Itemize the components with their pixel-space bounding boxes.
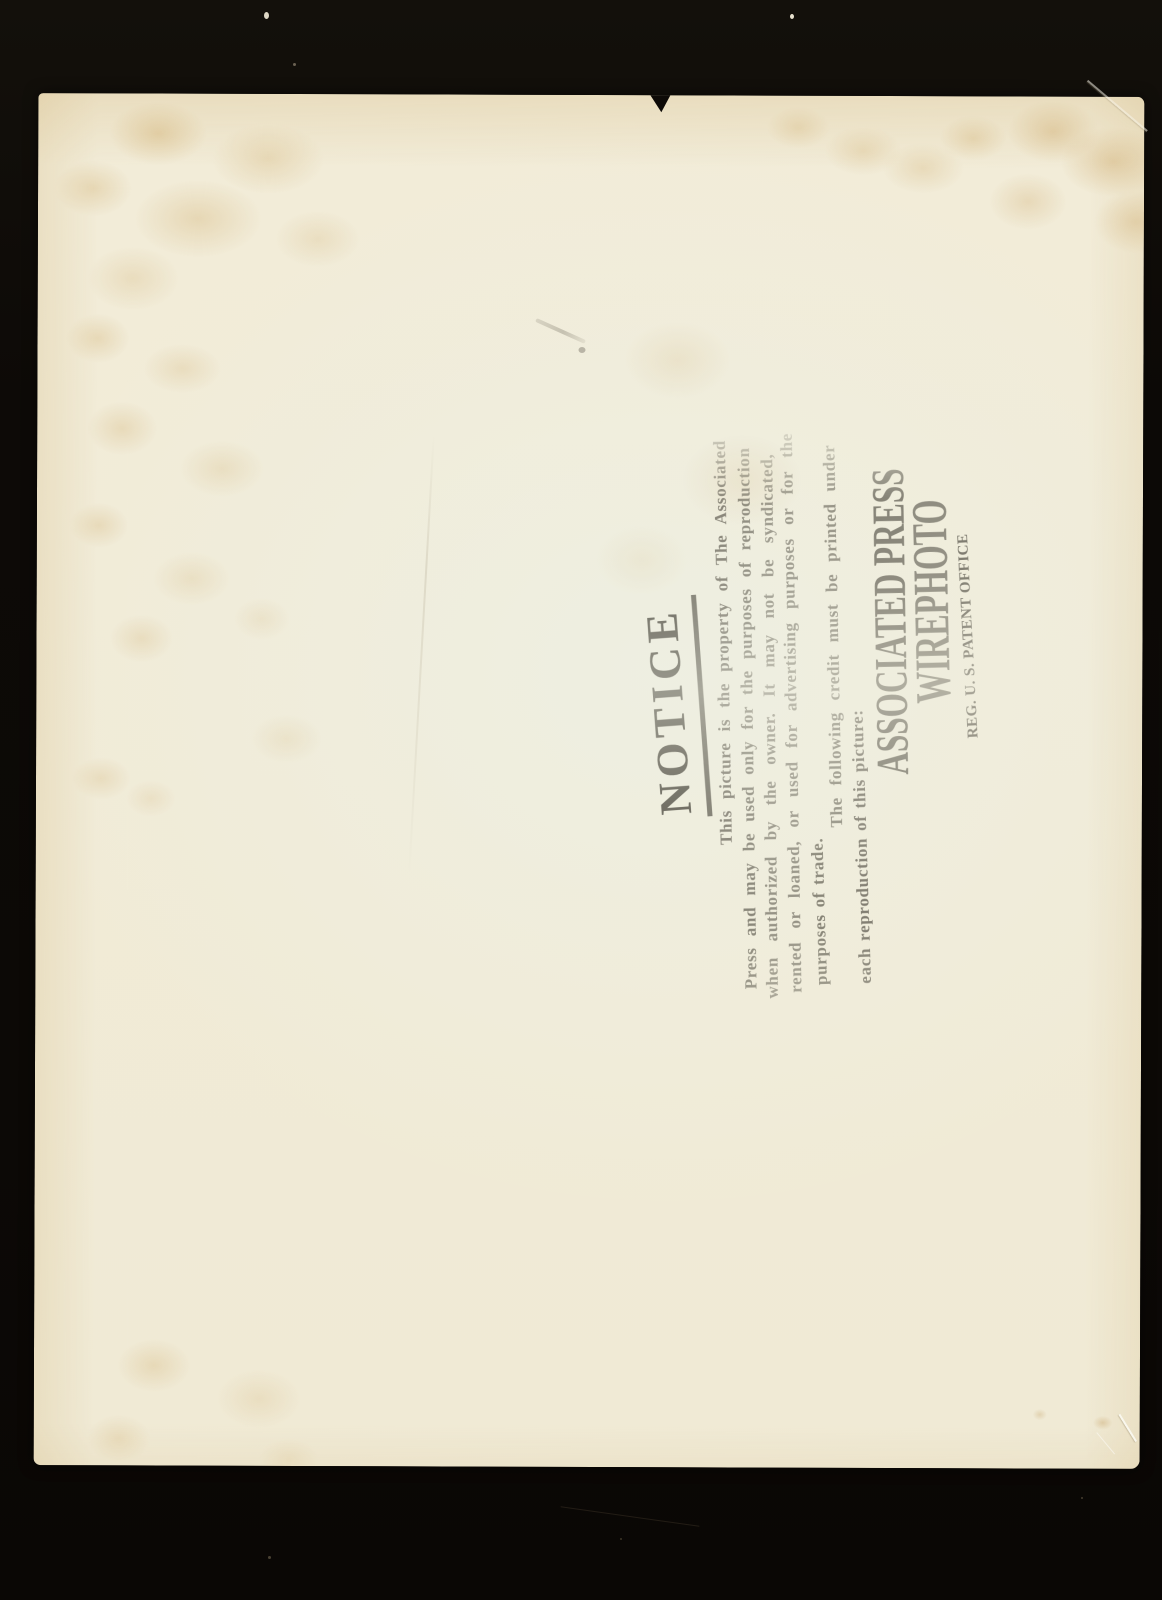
dust-speck xyxy=(620,1538,622,1540)
dust-speck xyxy=(1081,1497,1083,1499)
pencil-smudge xyxy=(578,347,585,353)
dust-speck xyxy=(790,14,794,19)
stamp-body-line: The following credit must be printed und… xyxy=(818,444,848,827)
photo-back-paper: NOTICE This picture is the property of T… xyxy=(34,93,1145,1469)
dust-speck xyxy=(264,12,269,19)
stamp-credit-wirephoto: WIREPHOTO xyxy=(907,428,953,704)
paper-crease xyxy=(1096,1432,1115,1454)
paper-crease xyxy=(1118,1414,1137,1442)
dust-speck xyxy=(293,63,296,66)
dust-speck xyxy=(268,1556,271,1559)
ap-wirephoto-stamp: NOTICE This picture is the property of T… xyxy=(637,427,988,1007)
paper-edge-notch xyxy=(650,95,670,112)
pencil-smudge xyxy=(535,318,586,344)
paper-crease xyxy=(1087,80,1148,132)
stamp-body-line: purposes of trade. xyxy=(807,837,834,985)
paper-crease xyxy=(408,435,435,874)
stamp-notice-heading: NOTICE xyxy=(637,595,712,820)
scratch-mark xyxy=(561,1506,700,1526)
scan-background: { "stamp": { "heading": "NOTICE", "body_… xyxy=(0,0,1162,1600)
stamp-credit-wirephoto-text: WIREPHOTO xyxy=(909,499,954,704)
